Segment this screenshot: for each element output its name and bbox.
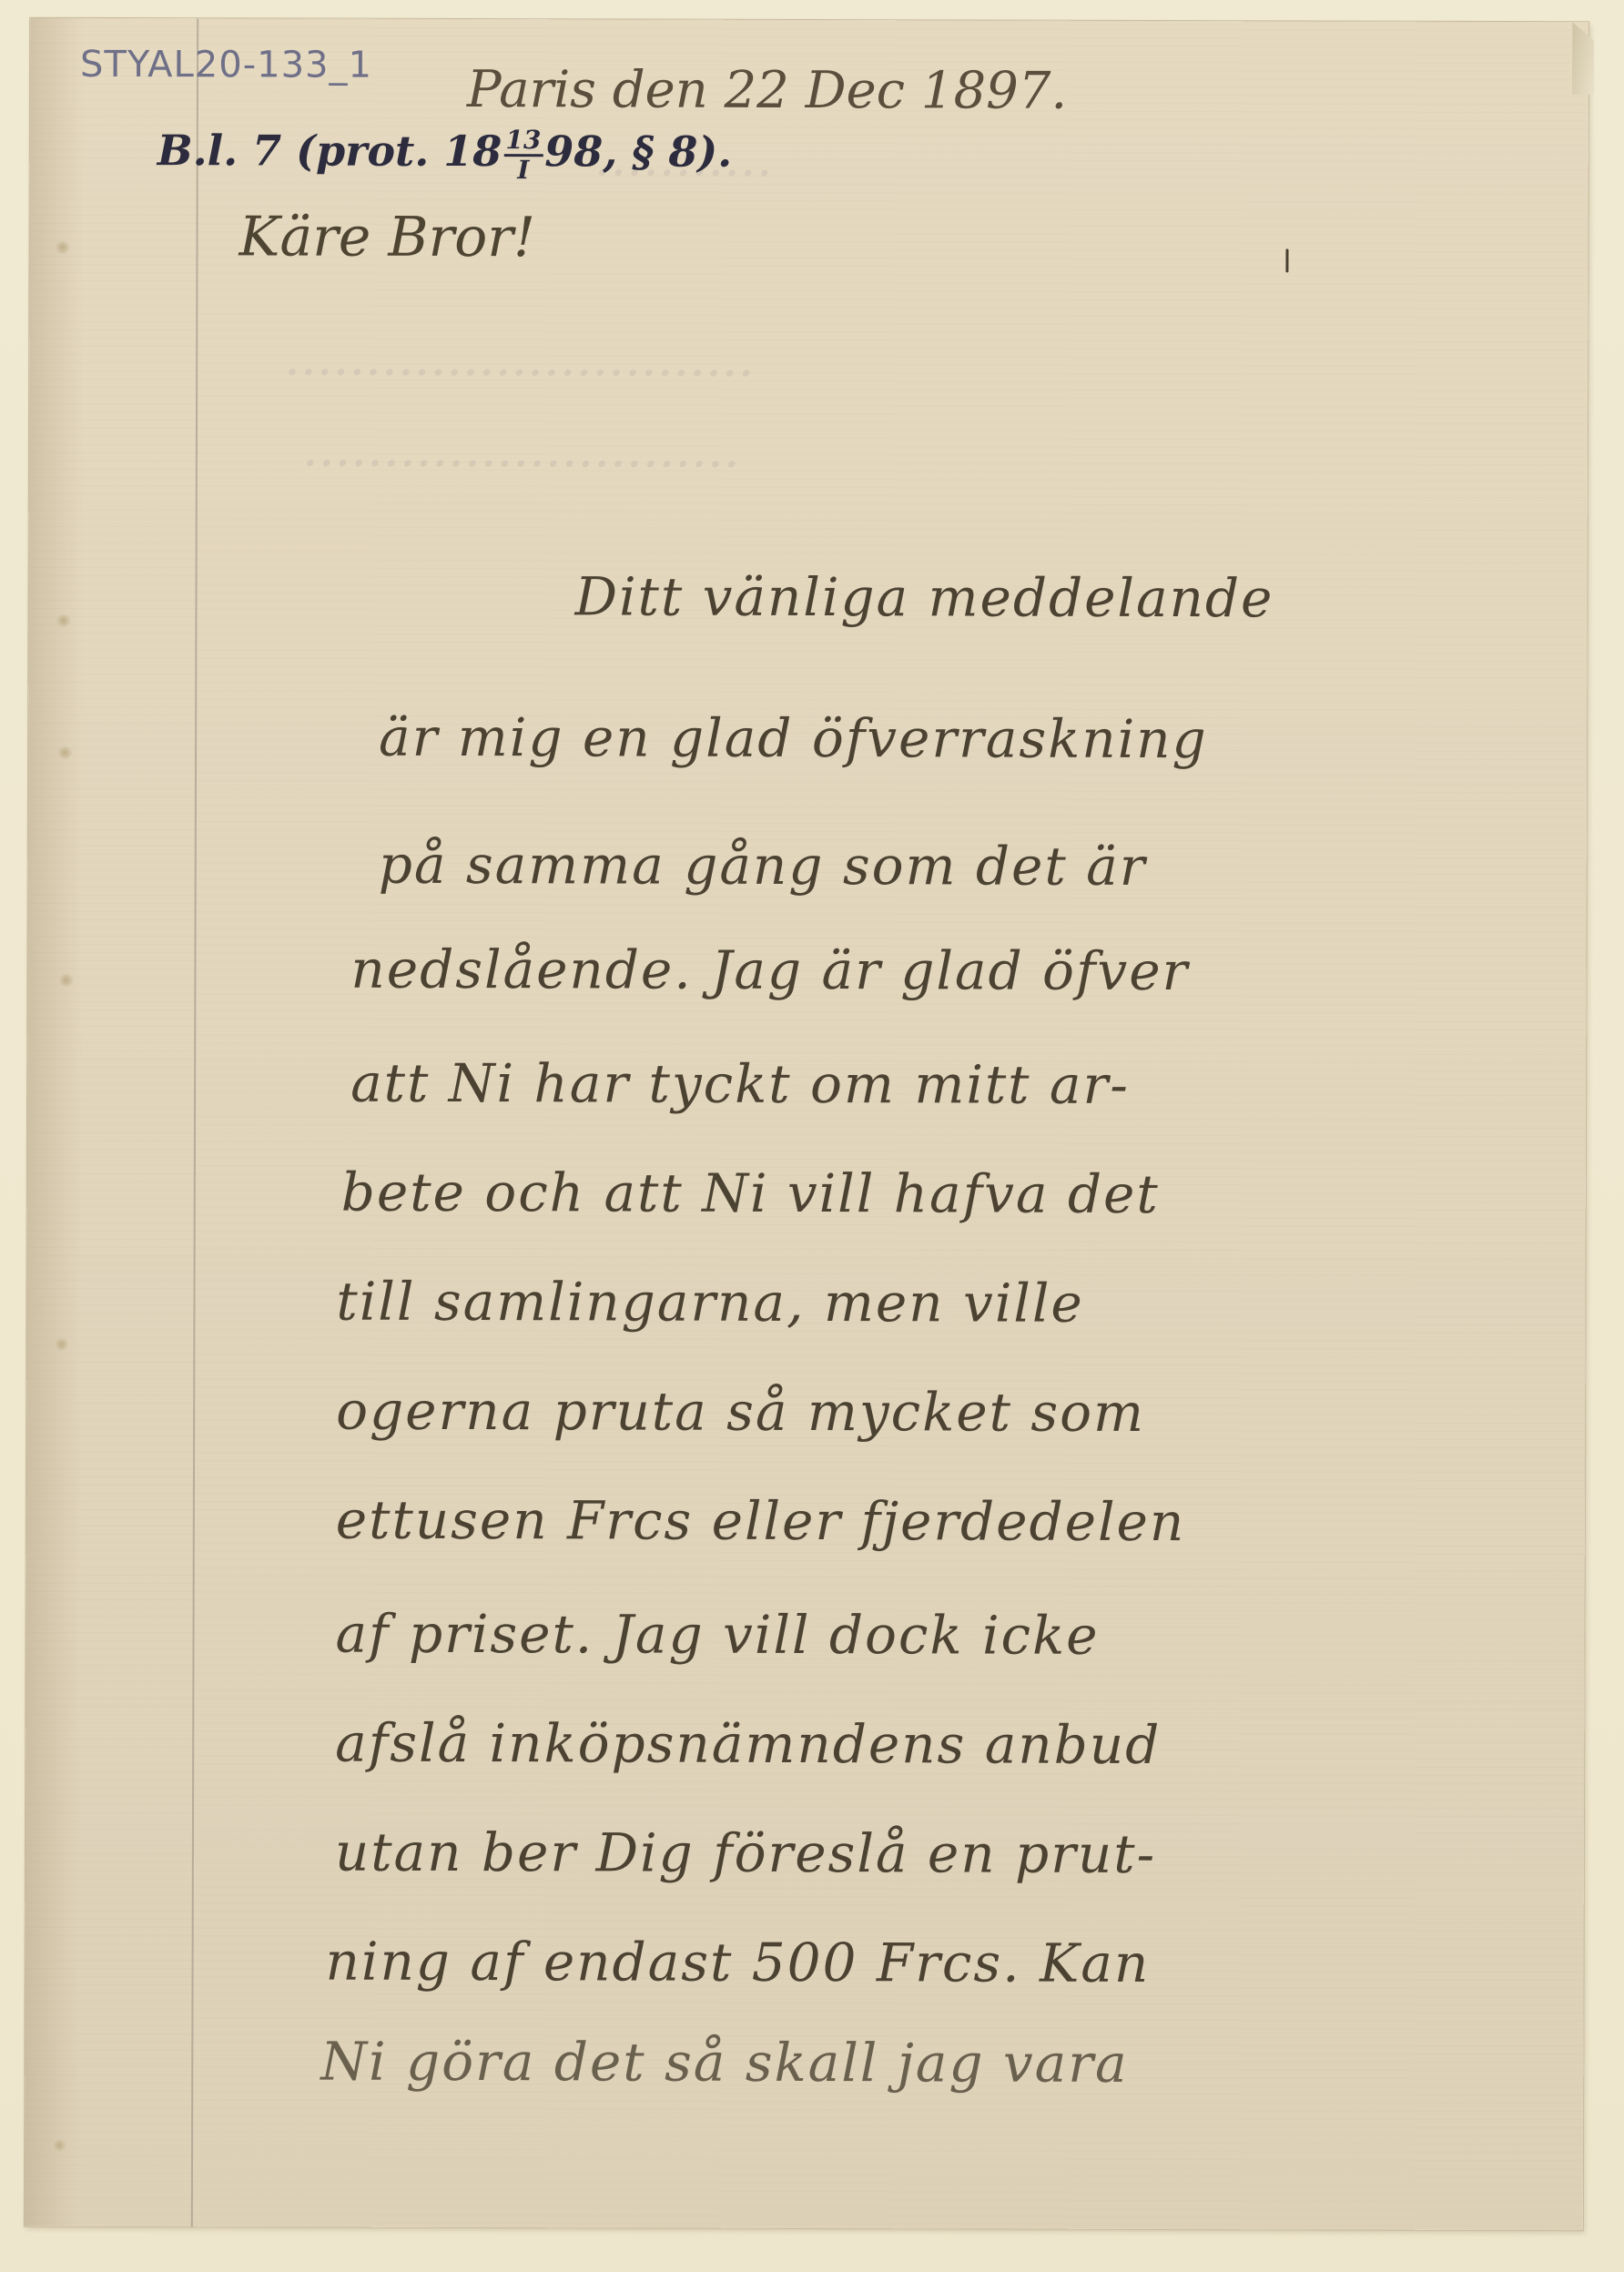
letter-line-7: till samlingarna, men ville — [336, 1271, 1083, 1334]
archive-id: STYAL20-133_1 — [80, 44, 372, 86]
catalog-reference: B.l. 7 (prot. 1813I98, § 8). — [157, 126, 733, 184]
fraction-numerator: 13 — [503, 127, 543, 157]
letter-line-10: af priset. Jag vill dock icke — [335, 1603, 1099, 1667]
letter-line-11: afslå inköpsnämndens anbud — [335, 1712, 1161, 1776]
letter-line-6: bete och att Ni vill hafva det — [341, 1161, 1160, 1225]
binding-hole — [57, 746, 72, 759]
letter-line-12: utan ber Dig föreslå en prut- — [335, 1821, 1156, 1885]
margin-fold-line — [191, 18, 198, 2226]
letter-line-13: ning af endast 500 Frcs. Kan — [326, 1931, 1151, 1994]
binding-hole — [54, 1338, 68, 1351]
catalog-ref-suffix: 98, § 8). — [544, 127, 732, 177]
catalog-ref-prefix: B.l. 7 (prot. 18 — [157, 126, 502, 176]
binding-hole — [52, 2139, 66, 2152]
binding-shadow — [25, 18, 85, 2226]
letter-sheet: ........... ............................… — [25, 18, 1588, 2230]
binding-hole — [56, 241, 70, 254]
letter-line-3: på samma gång som det är — [379, 834, 1147, 898]
letter-line-14: Ni göra det så skall jag vara — [320, 2031, 1128, 2094]
bleed-through-text: ........................... — [302, 420, 740, 480]
letter-line-5: att Ni har tyckt om mitt ar- — [350, 1052, 1130, 1116]
binding-hole — [58, 974, 73, 987]
letter-line-2: är mig en glad öfverraskning — [379, 706, 1208, 770]
letter-line-9: ettusen Frcs eller fjerdedelen — [336, 1489, 1186, 1553]
catalog-ref-fraction: 13I — [503, 127, 543, 183]
letter-line-1: Ditt vänliga meddelande — [574, 565, 1274, 629]
letter-line-4: nedslående. Jag är glad öfver — [350, 938, 1189, 1002]
ink-mark — [1285, 248, 1288, 272]
binding-hole — [56, 614, 70, 627]
fraction-denominator: I — [503, 157, 543, 184]
bleed-through-text: ............................. — [284, 328, 754, 388]
letter-salutation: Käre Bror! — [239, 205, 535, 269]
letter-dateline: Paris den 22 Dec 1897. — [467, 60, 1067, 121]
letter-line-8: ogerna pruta så mycket som — [336, 1380, 1145, 1444]
